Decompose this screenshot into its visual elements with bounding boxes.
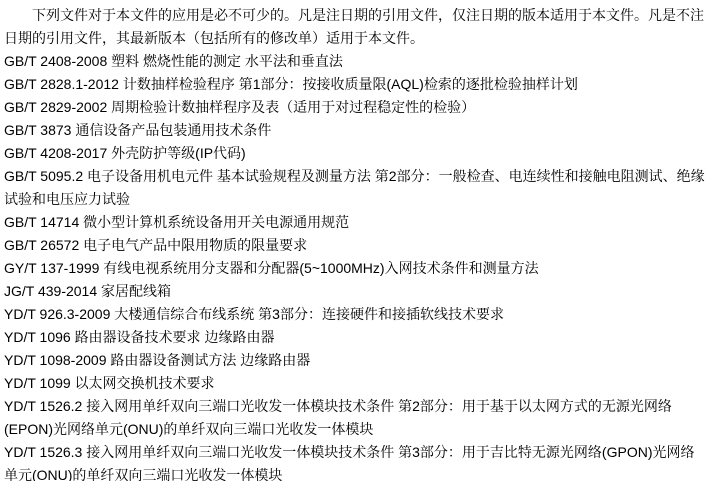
- reference-title: 周期检验计数抽样程序及表（适用于对过程稳定性的检验）: [111, 99, 475, 115]
- reference-entry: GB/T 4208-2017 外壳防护等级(IP代码): [4, 142, 708, 165]
- reference-code: GB/T 2408-2008: [4, 53, 107, 69]
- intro-paragraph: 下列文件对于本文件的应用是必不可少的。凡是注日期的引用文件，仅注日期的版本适用于…: [4, 4, 708, 50]
- reference-entry: JG/T 439-2014 家居配线箱: [4, 280, 708, 303]
- reference-code: GB/T 3873: [4, 122, 71, 138]
- reference-entry: GB/T 5095.2 电子设备用机电元件 基本试验规程及测量方法 第2部分：一…: [4, 165, 708, 211]
- reference-code: YD/T 1099: [4, 375, 71, 391]
- reference-title: 有线电视系统用分支器和分配器(5~1000MHz)入网技术条件和测量方法: [103, 260, 538, 276]
- reference-code: GB/T 26572: [4, 237, 79, 253]
- reference-code: GB/T 5095.2: [4, 168, 83, 184]
- reference-entry: GY/T 137-1999 有线电视系统用分支器和分配器(5~1000MHz)入…: [4, 257, 708, 280]
- references-list: GB/T 2408-2008 塑料 燃烧性能的测定 水平法和垂直法GB/T 28…: [4, 50, 708, 481]
- reference-title: 外壳防护等级(IP代码): [111, 145, 246, 161]
- reference-entry: GB/T 2408-2008 塑料 燃烧性能的测定 水平法和垂直法: [4, 50, 708, 73]
- reference-entry: YD/T 1099 以太网交换机技术要求: [4, 372, 708, 395]
- reference-entry: YD/T 1526.3 接入网用单纤双向三端口光收发一体模块技术条件 第3部分：…: [4, 441, 708, 481]
- reference-title: 通信设备产品包装通用技术条件: [75, 122, 271, 138]
- reference-entry: YD/T 1098-2009 路由器设备测试方法 边缘路由器: [4, 349, 708, 372]
- reference-title: 家居配线箱: [101, 283, 171, 299]
- reference-entry: GB/T 2829-2002 周期检验计数抽样程序及表（适用于对过程稳定性的检验…: [4, 96, 708, 119]
- reference-code: YD/T 1096: [4, 329, 71, 345]
- reference-code: GB/T 14714: [4, 214, 79, 230]
- reference-title: 以太网交换机技术要求: [75, 375, 215, 391]
- reference-title: 电子设备用机电元件 基本试验规程及测量方法 第2部分：一般检查、电连续性和接触电…: [4, 168, 705, 207]
- document-page: 下列文件对于本文件的应用是必不可少的。凡是注日期的引用文件，仅注日期的版本适用于…: [0, 0, 711, 481]
- reference-entry: YD/T 1096 路由器设备技术要求 边缘路由器: [4, 326, 708, 349]
- reference-title: 大楼通信综合布线系统 第3部分：连接硬件和接插软线技术要求: [114, 306, 504, 322]
- reference-entry: YD/T 926.3-2009 大楼通信综合布线系统 第3部分：连接硬件和接插软…: [4, 303, 708, 326]
- reference-code: YD/T 1526.3: [4, 444, 82, 460]
- reference-code: GB/T 2829-2002: [4, 99, 107, 115]
- reference-entry: GB/T 2828.1-2012 计数抽样检验程序 第1部分：按接收质量限(AQ…: [4, 73, 708, 96]
- reference-title: 塑料 燃烧性能的测定 水平法和垂直法: [111, 53, 343, 69]
- reference-entry: GB/T 14714 微小型计算机系统设备用开关电源通用规范: [4, 211, 708, 234]
- reference-title: 接入网用单纤双向三端口光收发一体模块技术条件 第2部分：用于基于以太网方式的无源…: [4, 398, 672, 437]
- reference-code: YD/T 926.3-2009: [4, 306, 110, 322]
- reference-title: 路由器设备技术要求 边缘路由器: [75, 329, 275, 345]
- reference-entry: GB/T 26572 电子电气产品中限用物质的限量要求: [4, 234, 708, 257]
- reference-code: GB/T 4208-2017: [4, 145, 107, 161]
- reference-code: GY/T 137-1999: [4, 260, 99, 276]
- reference-title: 路由器设备测试方法 边缘路由器: [110, 352, 310, 368]
- reference-title: 接入网用单纤双向三端口光收发一体模块技术条件 第3部分：用于吉比特无源光网络(G…: [4, 444, 694, 481]
- reference-title: 电子电气产品中限用物质的限量要求: [83, 237, 307, 253]
- reference-code: YD/T 1098-2009: [4, 352, 106, 368]
- reference-entry: GB/T 3873 通信设备产品包装通用技术条件: [4, 119, 708, 142]
- reference-entry: YD/T 1526.2 接入网用单纤双向三端口光收发一体模块技术条件 第2部分：…: [4, 395, 708, 441]
- reference-code: JG/T 439-2014: [4, 283, 97, 299]
- reference-title: 微小型计算机系统设备用开关电源通用规范: [83, 214, 349, 230]
- reference-title: 计数抽样检验程序 第1部分：按接收质量限(AQL)检索的逐批检验抽样计划: [123, 76, 578, 92]
- reference-code: YD/T 1526.2: [4, 398, 82, 414]
- reference-code: GB/T 2828.1-2012: [4, 76, 119, 92]
